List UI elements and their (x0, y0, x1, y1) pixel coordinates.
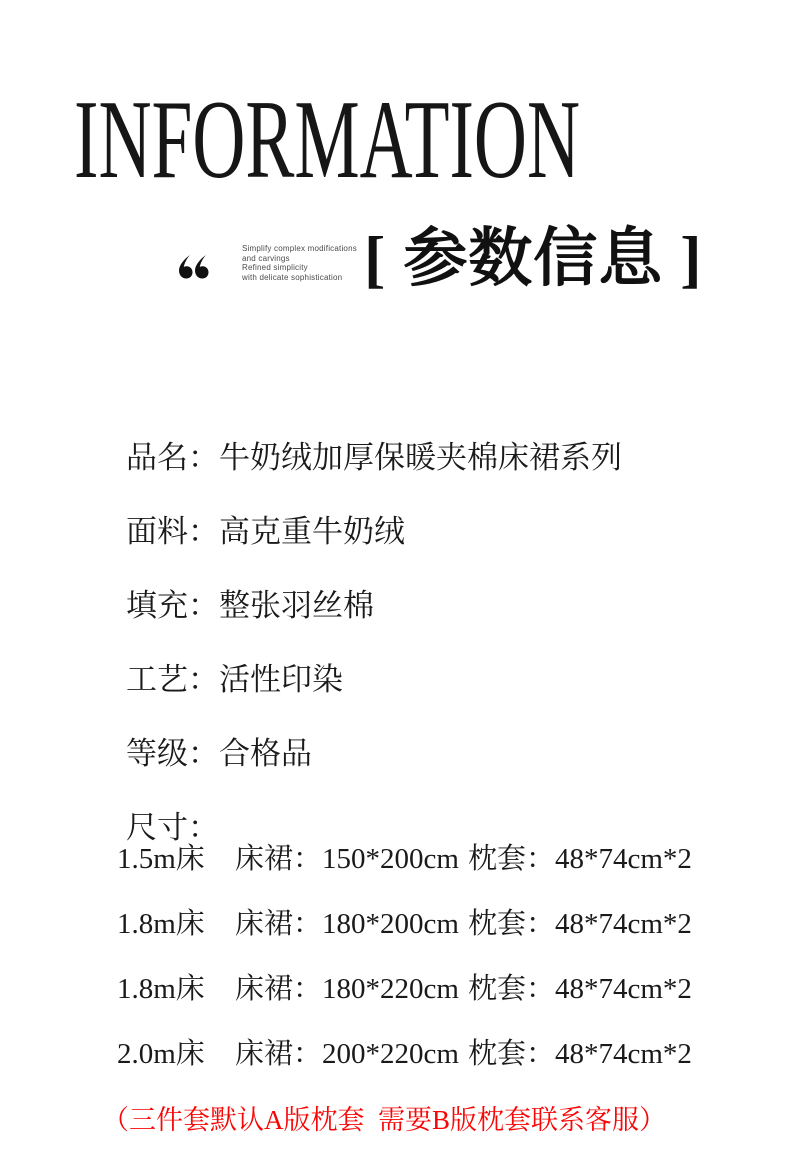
spec-list: 品名：牛奶绒加厚保暖夹棉床裙系列 面料：高克重牛奶绒 填充：整张羽丝棉 工艺：活… (95, 410, 622, 854)
page-title-text: INFORMATION (74, 99, 580, 183)
bed-size: 2.0m床 (117, 1038, 235, 1071)
spec-label: 面料： (126, 514, 219, 549)
spec-row-grade: 等级：合格品 (95, 706, 622, 738)
size-row: 2.0m床 床裙：200*220cm 枕套：48*74cm*2 (0, 1038, 790, 1071)
pillowcase-size: 枕套：48*74cm*2 (468, 843, 790, 876)
bed-size: 1.8m床 (117, 908, 235, 941)
bed-skirt-size: 床裙：200*220cm (235, 1038, 468, 1071)
bed-size: 1.8m床 (117, 973, 235, 1006)
size-row: 1.5m床 床裙：150*200cm 枕套：48*74cm*2 (0, 843, 790, 876)
spec-value: 牛奶绒加厚保暖夹棉床裙系列 (219, 440, 622, 475)
pillowcase-size: 枕套：48*74cm*2 (468, 1038, 790, 1071)
spec-label: 工艺： (126, 662, 219, 697)
spec-row-product-name: 品名：牛奶绒加厚保暖夹棉床裙系列 (95, 410, 622, 442)
spec-label: 等级： (126, 736, 219, 771)
bed-skirt-size: 床裙：180*200cm (235, 908, 468, 941)
quote-icon-glyph (177, 253, 209, 281)
information-display-text: INFORMATION (74, 99, 586, 183)
size-row: 1.8m床 床裙：180*220cm 枕套：48*74cm*2 (0, 973, 790, 1006)
pillowcase-size: 枕套：48*74cm*2 (468, 973, 790, 1006)
spec-row-fabric: 面料：高克重牛奶绒 (95, 484, 622, 516)
spec-row-filling: 填充：整张羽丝棉 (95, 558, 622, 590)
product-parameter-page: { "header": { "title": "INFORMATION", "q… (0, 0, 790, 1174)
bed-skirt-size: 床裙：180*220cm (235, 973, 468, 1006)
bed-size: 1.5m床 (117, 843, 235, 876)
spec-label: 尺寸： (126, 810, 219, 845)
spec-value: 高克重牛奶绒 (219, 514, 405, 549)
spec-row-craft: 工艺：活性印染 (95, 632, 622, 664)
size-row: 1.8m床 床裙：180*200cm 枕套：48*74cm*2 (0, 908, 790, 941)
size-heading: 尺寸： (95, 780, 622, 812)
spec-label: 填充： (126, 588, 219, 623)
quote-icon (177, 253, 209, 281)
section-title: [ 参数信息 ] (364, 222, 703, 296)
pillowcase-size: 枕套：48*74cm*2 (468, 908, 790, 941)
spec-label: 品名： (126, 440, 219, 475)
spec-value: 整张羽丝棉 (219, 588, 374, 623)
pillowcase-version-note: （三件套默认A版枕套 需要B版枕套联系客服） (0, 1104, 768, 1136)
page-title: INFORMATION (74, 99, 586, 183)
size-table: 1.5m床 床裙：150*200cm 枕套：48*74cm*2 1.8m床 床裙… (0, 843, 790, 1103)
bed-skirt-size: 床裙：150*200cm (235, 843, 468, 876)
spec-value: 活性印染 (219, 662, 343, 697)
spec-value: 合格品 (219, 736, 312, 771)
